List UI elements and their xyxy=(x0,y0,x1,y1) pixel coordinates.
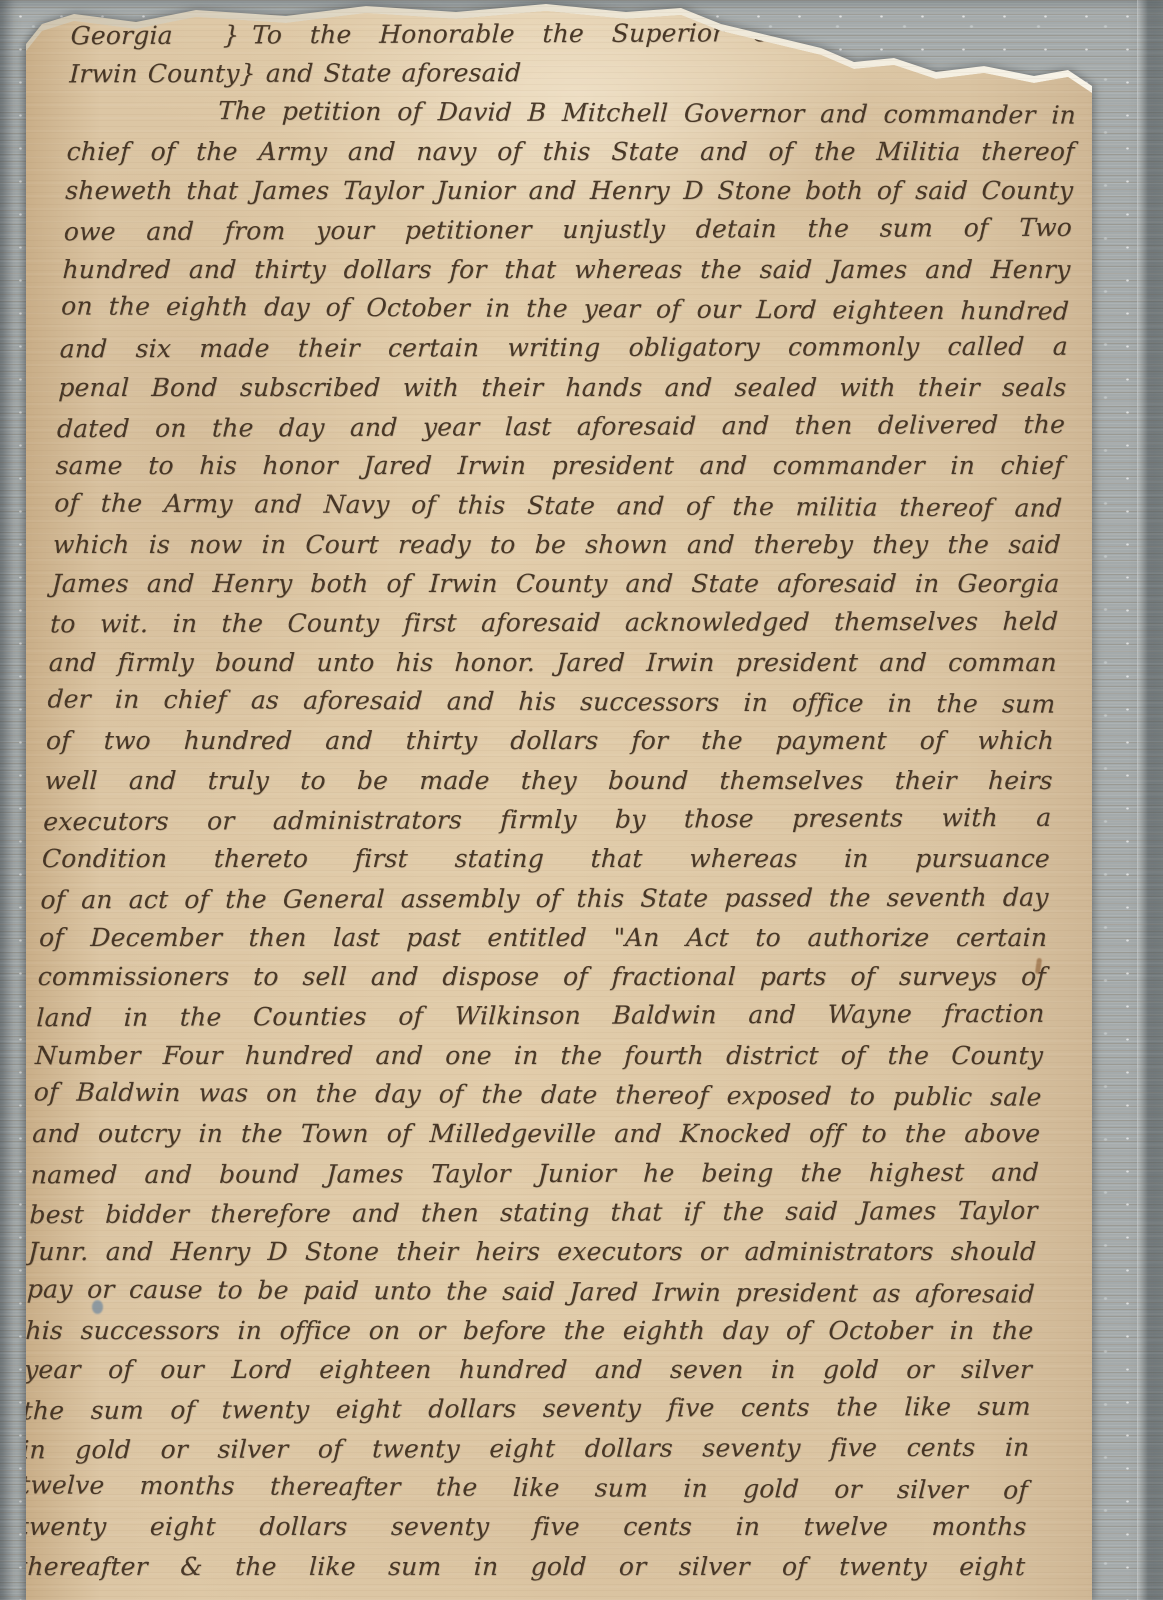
scanner-right-edge xyxy=(1137,0,1163,1600)
manuscript-line: James and Henry both of Irwin County and… xyxy=(51,564,1060,603)
manuscript-line: well and truly to be made they bound the… xyxy=(44,761,1053,800)
manuscript-line: the sum of twenty eight dollars seventy … xyxy=(22,1387,1031,1431)
manuscript-line: best bidder therefore and then stating t… xyxy=(29,1191,1038,1235)
manuscript-line: Junr. and Henry D Stone their heirs exec… xyxy=(28,1232,1037,1271)
manuscript-line: dated on the day and year last aforesaid… xyxy=(56,405,1065,449)
manuscript-line: of December then last past entitled "An … xyxy=(39,918,1048,957)
manuscript-line: Number Four hundred and one in the fourt… xyxy=(34,1036,1043,1075)
manuscript-line: twelve months thereafter the like sum in… xyxy=(19,1465,1028,1510)
manuscript-line: and six made their certain writing oblig… xyxy=(59,327,1068,369)
manuscript-line: owe and from your petitioner unjustly de… xyxy=(63,208,1072,252)
manuscript-line: land in the Counties of Wilkinson Baldwi… xyxy=(36,994,1045,1038)
manuscript-line: commissioners to sell and dispose of fra… xyxy=(37,957,1046,996)
manuscript-line: on the eighth day of October in the year… xyxy=(60,286,1069,331)
manuscript-line: his successors in office on or before th… xyxy=(25,1311,1034,1350)
manuscript-paper: Georgia } To the Honorable the Superior … xyxy=(26,0,1092,1600)
manuscript-line: to wit. in the County first aforesaid ac… xyxy=(49,602,1058,644)
manuscript-line: named and bound James Taylor Junior he b… xyxy=(30,1152,1039,1194)
manuscript-line: of two hundred and thirty dollars for th… xyxy=(45,721,1054,760)
manuscript-line: twenty eight dollars seventy five cents … xyxy=(18,1507,1027,1546)
manuscript-line: of the Army and Navy of this State and o… xyxy=(54,483,1063,528)
manuscript-line: der in chief as aforesaid and his succes… xyxy=(47,679,1056,724)
manuscript-line: hundred and thirty dollars for that wher… xyxy=(62,250,1071,289)
manuscript-line: and firmly bound unto his honor. Jared I… xyxy=(48,643,1057,682)
manuscript-line: same to his honor Jared Irwin president … xyxy=(55,446,1064,485)
manuscript-line: which is now in Court ready to be shown … xyxy=(52,525,1061,564)
manuscript-line: in gold or silver of twenty eight dollar… xyxy=(21,1427,1030,1469)
paper-sheet: Georgia } To the Honorable the Superior … xyxy=(26,0,1092,1600)
manuscript-line: pay or cause to be paid unto the said Ja… xyxy=(26,1269,1035,1314)
manuscript-line: Condition thereto first stating that whe… xyxy=(41,839,1050,878)
manuscript-line: of an act of the General assembly of thi… xyxy=(40,877,1049,919)
manuscript-line: and outcry in the Town of Milledgeville … xyxy=(32,1114,1041,1153)
manuscript-line: penal Bond subscribed with their hands a… xyxy=(58,368,1067,407)
scanned-document-page: Georgia } To the Honorable the Superior … xyxy=(0,0,1163,1600)
manuscript-line: sheweth that James Taylor Junior and Hen… xyxy=(65,171,1074,210)
manuscript-line: of Baldwin was on the day of the date th… xyxy=(33,1072,1042,1117)
manuscript-line: executors or administrators firmly by th… xyxy=(43,798,1052,842)
manuscript-lines: Georgia } To the Honorable the Superior … xyxy=(17,14,1080,1586)
manuscript-line: thereafter & the like sum in gold or sil… xyxy=(17,1547,1026,1586)
ink-blot xyxy=(92,1300,103,1314)
manuscript-line: The petition of David B Mitchell Governo… xyxy=(67,90,1076,135)
manuscript-line: year of our Lord eighteen hundred and se… xyxy=(23,1350,1032,1389)
manuscript-line: chief of the Army and navy of this State… xyxy=(66,132,1075,171)
